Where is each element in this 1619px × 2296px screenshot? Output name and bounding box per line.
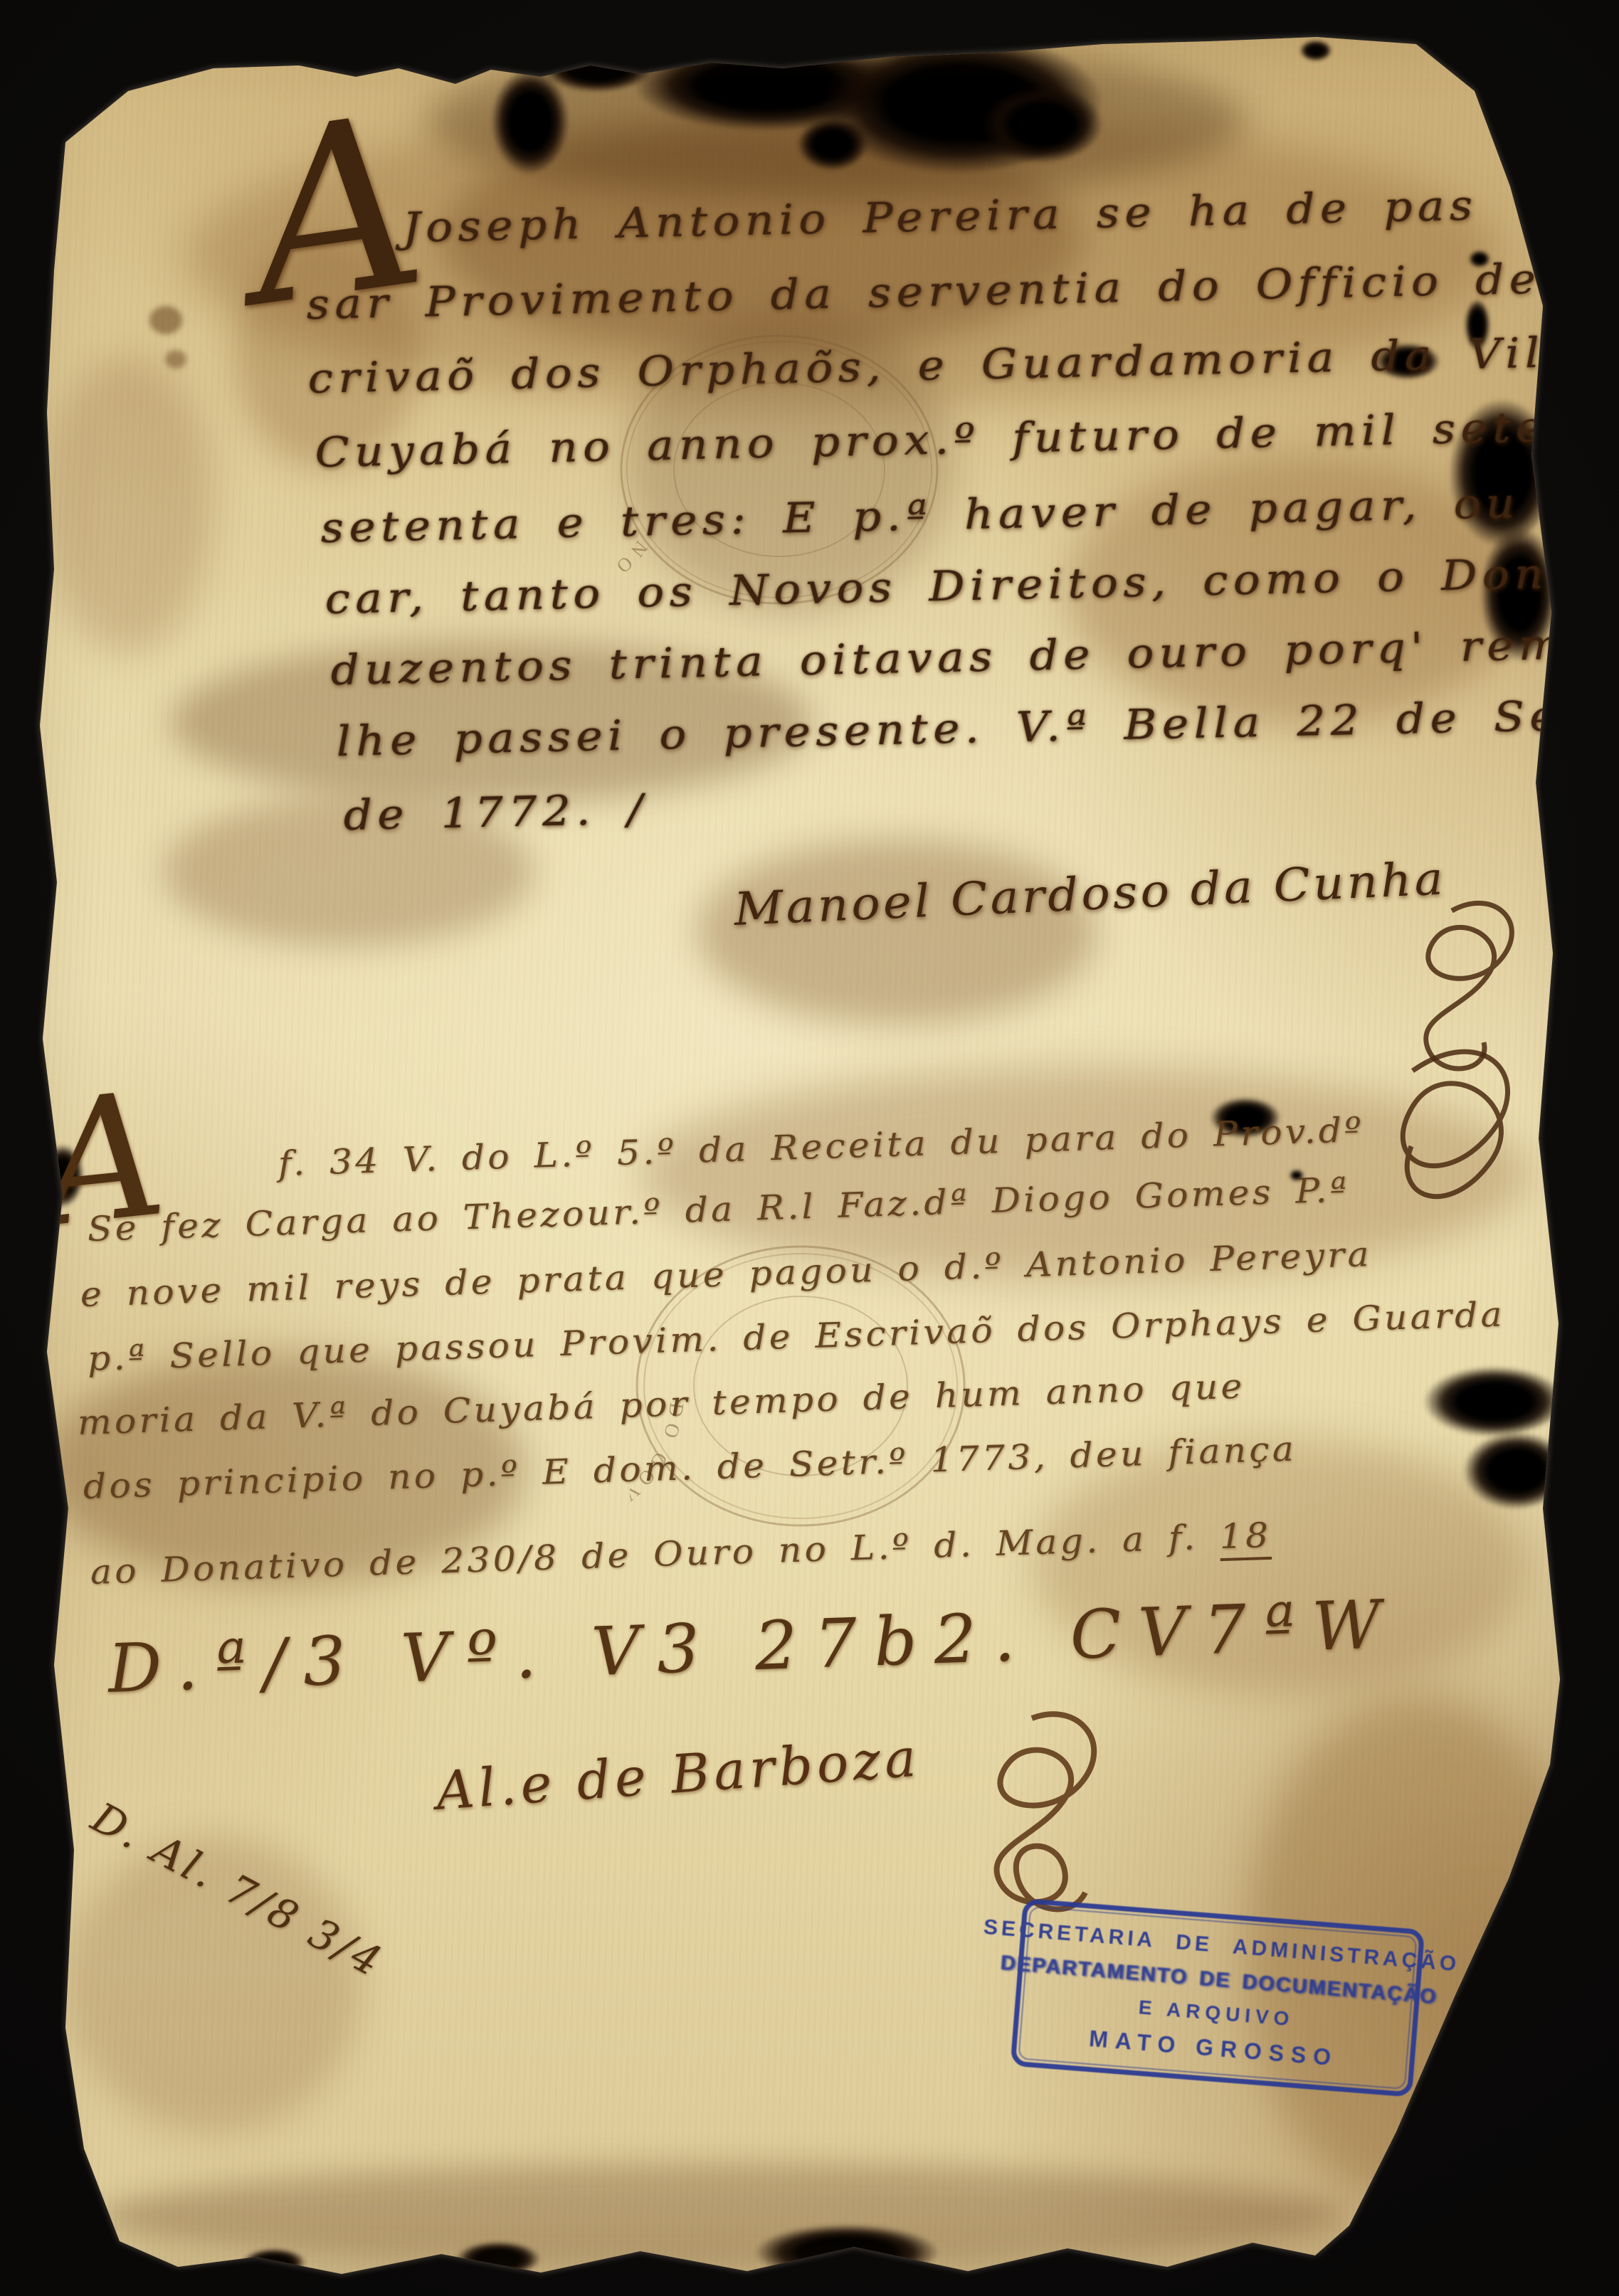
folio-reference: 18: [1219, 1515, 1272, 1561]
signature-cardoso: Manoel Cardoso da Cunha: [733, 852, 1447, 936]
manuscript-line: Joseph Antonio Pereira se ha de pas: [402, 181, 1478, 252]
manuscript-line: de 1772. /: [343, 785, 648, 840]
manuscript-line: Cuyabá no anno prox.º futuro de mil sete…: [315, 398, 1619, 477]
archive-stamp-line: MATO GROSSO: [1088, 2026, 1339, 2071]
burn-mark-bottom-2: [455, 2241, 541, 2277]
paper-wrap: NO DO EST SECR DO GOVERNO MATO ECRETA A …: [0, 0, 1619, 2296]
manuscript-line: f. 34 V. do L.º 5.º da Receita du para d…: [278, 1110, 1365, 1184]
ink-spot-1: [149, 306, 182, 334]
signature-flourish-icon-1: [1370, 893, 1537, 1220]
burn-mark-bottom-3: [242, 2248, 306, 2277]
archive-stamp: SECRETARIA DE ADMINISTRAÇÃO DEPARTAMENTO…: [1010, 1898, 1425, 2097]
archive-stamp-lines: SECRETARIA DE ADMINISTRAÇÃO DEPARTAMENTO…: [1016, 1904, 1420, 2093]
burn-mark-top-6: [797, 117, 868, 171]
burn-mark-right-4: [1463, 1432, 1570, 1510]
photo-backdrop: NO DO EST SECR DO GOVERNO MATO ECRETA A …: [0, 0, 1619, 2296]
manuscript-line: car, tanto os Novos Direitos, como o Don…: [325, 544, 1619, 623]
manuscript-line: duzentos trinta oitavas de ouro porq' re…: [330, 617, 1619, 694]
manuscript-line: lhe passei o presente. V.ª Bella 22 de S…: [336, 689, 1619, 766]
burn-mark-corner-2: [1452, 2035, 1537, 2106]
manuscript-line: setenta e tres: E p.ª haver de pagar, ou…: [320, 475, 1619, 552]
manuscript-line: sar Provimento da serventia do Officio d…: [306, 253, 1619, 329]
burn-mark-corner-1: [1388, 2163, 1487, 2241]
signature-barboza: Al.e de Barboza: [434, 1727, 922, 1821]
ink-spot-2: [165, 350, 186, 369]
manuscript-line: crivaõ dos Orphaõs, e Guardamoria da Vil…: [307, 325, 1619, 403]
marginal-note: D. Al. 7/8 3/4: [84, 1793, 392, 1987]
archive-stamp-line: E ARQUIVO: [1138, 1996, 1295, 2031]
burn-mark-bottom-1: [754, 2224, 939, 2281]
manuscript-paper: NO DO EST SECR DO GOVERNO MATO ECRETA A …: [0, 0, 1619, 2296]
numerals-row: D.ª/3 Vº. V3 27b2. CV7ªW: [107, 1586, 1399, 1708]
burn-mark-top-5: [982, 85, 1103, 164]
burn-mark-top-dot: [1299, 40, 1332, 61]
burn-mark-right-3: [1423, 1366, 1566, 1437]
stain-left-margin: [43, 356, 213, 655]
